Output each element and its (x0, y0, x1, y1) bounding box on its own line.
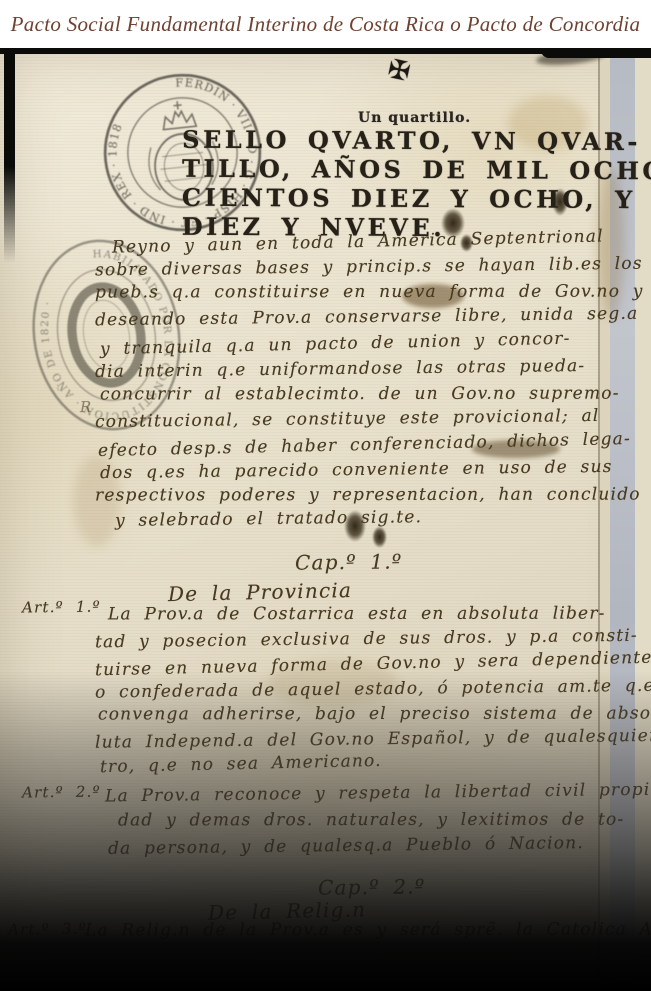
chapter-heading: Cap.º 1.º (295, 549, 403, 574)
document-photo: FERDIN · VII · D · G · HISP · ET · IND ·… (0, 48, 651, 991)
manuscript-line: dad y demas dros. naturales, y lexitimos… (118, 810, 624, 831)
quartillo-note: Un quartillo. (358, 110, 471, 126)
manuscript-line: concurrir al establecimto. de un Gov.no … (100, 384, 620, 405)
chapter-heading: Cap.º 2.º (318, 874, 426, 899)
manuscript-line: respectivos poderes y representacion, ha… (95, 485, 641, 506)
manuscript-line: pueb.s q.a constituirse en nueva forma d… (95, 282, 644, 303)
page-title: Pacto Social Fundamental Interino de Cos… (11, 12, 641, 37)
seal-cross-icon (173, 101, 182, 110)
photo-border-left (4, 48, 15, 263)
manuscript-line: convenga adherirse, bajo el preciso sist… (98, 704, 651, 725)
printed-seal-header: SELLO QVARTO, VN QVAR- TILLO, AÑOS DE MI… (182, 125, 651, 244)
printed-line: SELLO QVARTO, VN QVAR- (182, 125, 651, 157)
manuscript-line: La Relig.n de la Prov.a es y será sprẽ. … (85, 920, 651, 941)
photo-border-top-right (541, 48, 651, 58)
article-margin-label: Art.º 1.º (22, 598, 101, 617)
manuscript-line: La Prov.a de Costarrica esta en absoluta… (108, 604, 606, 625)
article-margin-label: Art.º 2.º (22, 783, 101, 802)
caption-bar: Pacto Social Fundamental Interino de Cos… (0, 0, 651, 48)
chapter-subheading: De la Provincia (168, 578, 353, 606)
margin-mark: R (80, 398, 93, 416)
printed-line: CIENTOS DIEZ Y OCHO, Y (182, 183, 651, 215)
manuscript-line: y selebrado el tratado sig.te. (115, 507, 422, 531)
article-margin-label: Art.º 3.º (8, 920, 87, 939)
printed-line: TILLO, AÑOS DE MIL OCHO- (182, 154, 651, 186)
